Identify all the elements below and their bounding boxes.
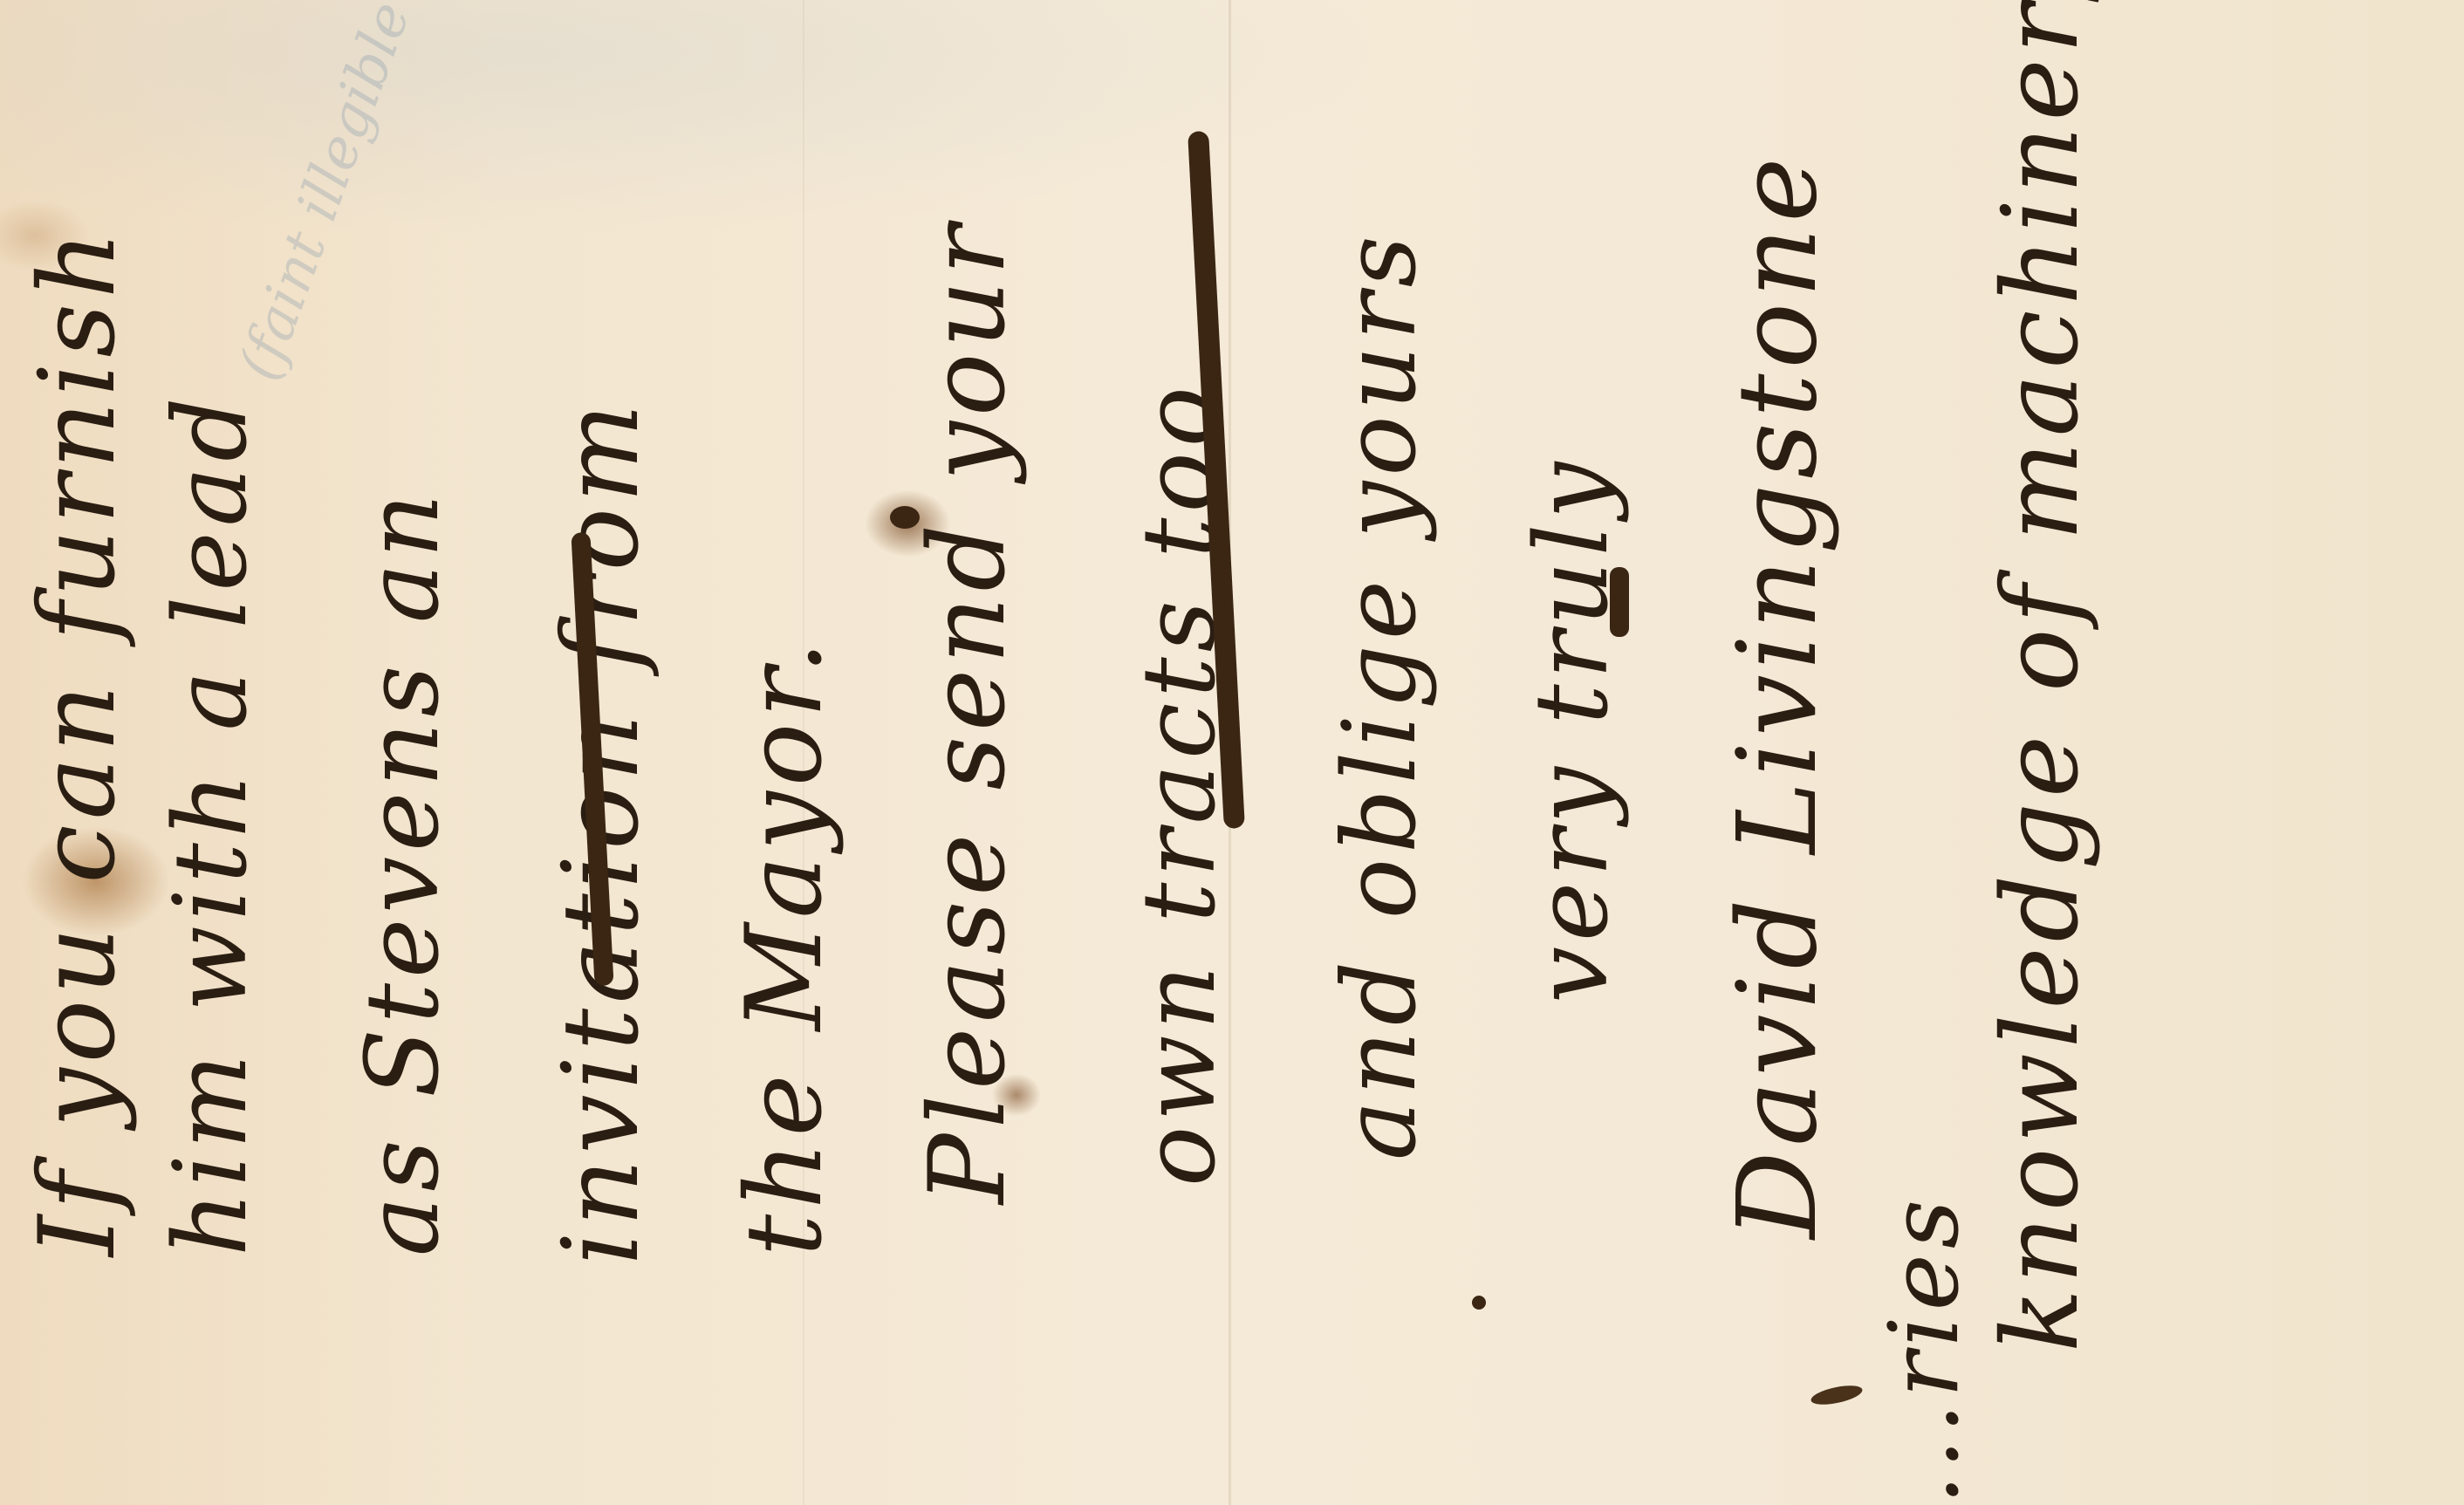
handwritten-line-9: very truly xyxy=(1523,456,1623,1003)
bleed-through-text: (faint illegible reverse-side writing, u… xyxy=(227,0,739,388)
handwritten-line-1: If you can furnish xyxy=(26,226,131,1256)
handwritten-line-6: Please send your xyxy=(916,220,1021,1204)
handwritten-line-3: as Stevens an xyxy=(353,489,454,1256)
handwritten-line-8: and oblige yours xyxy=(1331,230,1431,1160)
ink-blot xyxy=(1610,567,1629,637)
handwritten-line-postscript: knowledge of machinery too xyxy=(1989,0,2094,1352)
handwritten-line-cutoff: ...ries xyxy=(1876,1194,1972,1505)
letter-page: (faint illegible reverse-side writing, u… xyxy=(0,0,2464,1505)
ink-blot xyxy=(890,506,920,529)
handwritten-line-2: him with a lead xyxy=(161,392,262,1256)
ink-dot xyxy=(1472,1296,1486,1310)
ink-smudge xyxy=(1810,1382,1864,1408)
handwritten-line-5: the Mayor. xyxy=(733,636,838,1256)
signature: David Livingstone xyxy=(1723,153,1832,1239)
